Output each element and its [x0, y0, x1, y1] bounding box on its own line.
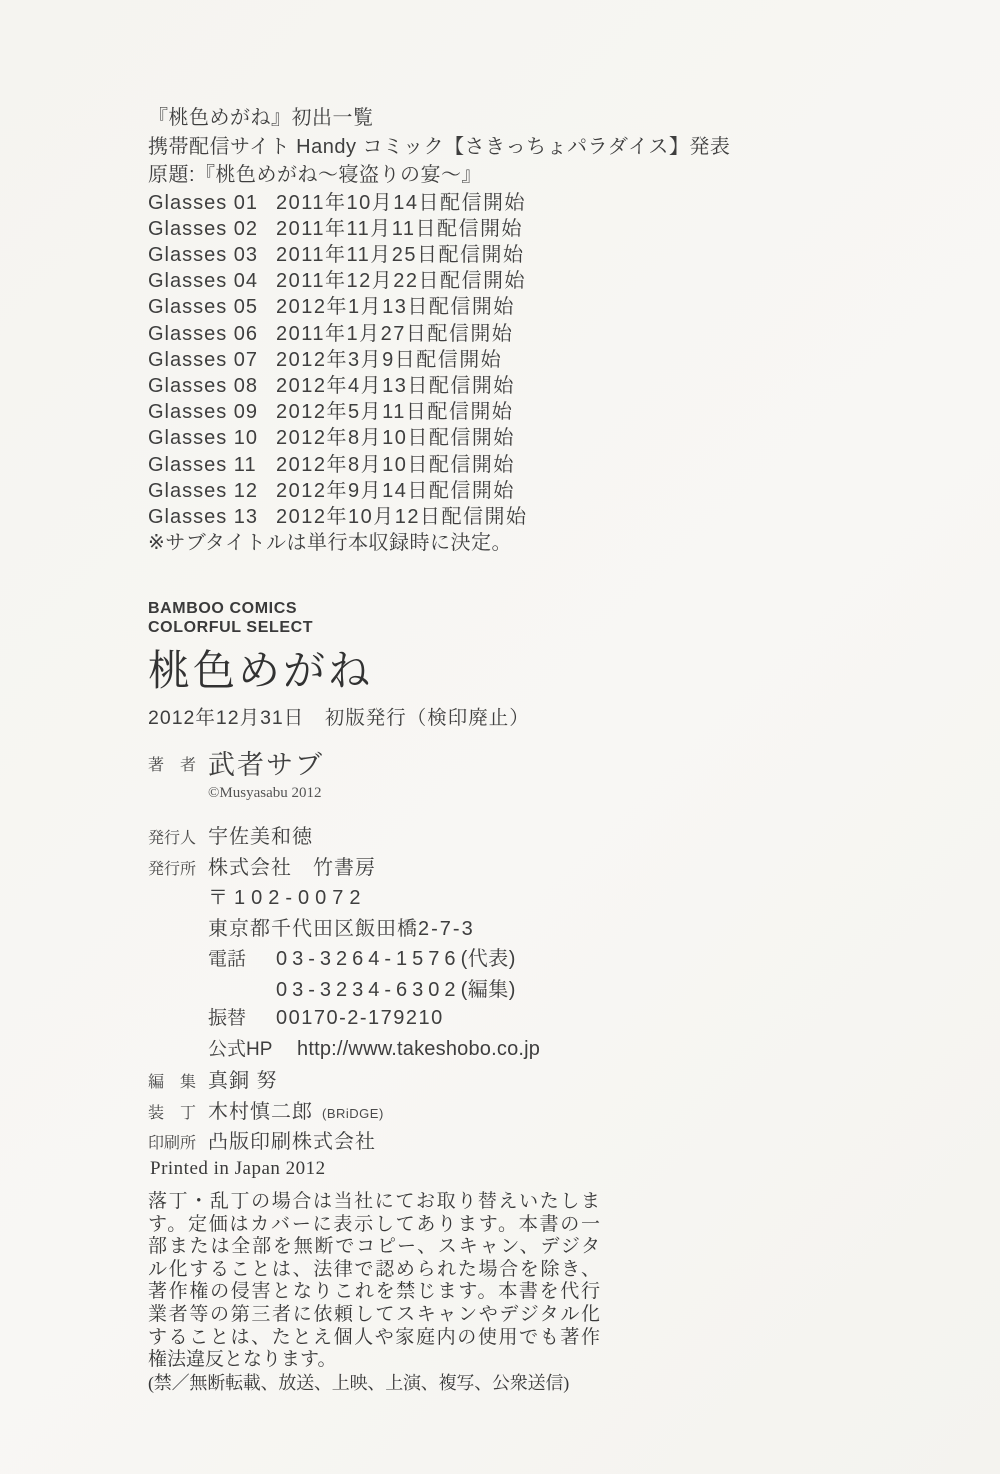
- publication-entry: Glasses 062011年1月27日配信開始: [148, 321, 730, 347]
- transfer-label: 振替: [208, 1003, 276, 1030]
- website-label: 公式HP: [208, 1034, 297, 1061]
- book-title-section: BAMBOO COMICS COLORFUL SELECT 桃色めがね 2012…: [148, 600, 530, 730]
- publication-entry: Glasses 102012年8月10日配信開始: [148, 425, 730, 451]
- address: 東京都千代田区飯田橋: [208, 912, 418, 941]
- first-publication-heading: 『桃色めがね』初出一覧: [148, 104, 730, 133]
- publisher-row: 発行所 株式会社 竹書房: [148, 851, 540, 882]
- printed-in-japan-line: Printed in Japan 2012: [150, 1158, 326, 1180]
- publication-entry: Glasses 112012年8月10日配信開始: [148, 452, 730, 478]
- publication-date: 2012年5月11日配信開始: [276, 399, 513, 425]
- publication-entry: Glasses 032011年11月25日配信開始: [148, 242, 730, 268]
- publication-entry: Glasses 052012年1月13日配信開始: [148, 294, 730, 320]
- imprint-line-2: COLORFUL SELECT: [148, 619, 530, 638]
- website-row: 公式HP http://www.takeshobo.co.jp: [208, 1034, 540, 1065]
- publication-chapter: Glasses 08: [148, 373, 276, 399]
- legal-text-line: 落丁・乱丁の場合は当社にてお取り替えいたしま: [148, 1191, 600, 1214]
- publication-chapter: Glasses 04: [148, 268, 276, 294]
- publisher-person-row: 発行人 宇佐美和徳: [148, 820, 540, 851]
- publication-chapter: Glasses 06: [148, 321, 276, 347]
- publication-date: 2012年10月12日配信開始: [276, 504, 527, 530]
- legal-text-line: ル化することは、法律で認められた場合を除き、: [148, 1259, 600, 1282]
- publication-entry: Glasses 122012年9月14日配信開始: [148, 478, 730, 504]
- designer-studio: (BRiDGE): [322, 1106, 384, 1121]
- publication-date: 2012年8月10日配信開始: [276, 452, 515, 478]
- first-publication-platform: 携帯配信サイト Handy コミック【さきっちょパラダイス】発表: [148, 133, 730, 162]
- phone-row-1: 電話 03-3264-1576(代表): [208, 942, 540, 973]
- publication-date: 2012年4月13日配信開始: [276, 373, 515, 399]
- publication-entry: Glasses 022011年11月11日配信開始: [148, 216, 730, 242]
- designer-name: 木村慎二郎: [208, 1095, 313, 1124]
- editor-label: 編 集: [148, 1069, 208, 1092]
- design-row: 装 丁 木村慎二郎 (BRiDGE): [148, 1095, 540, 1126]
- address-row: 東京都千代田区飯田橋2-7-3: [208, 912, 540, 943]
- phone-number-editorial: 03-3234-6302: [276, 979, 461, 1002]
- edition-line: 2012年12月31日 初版発行（検印廃止）: [148, 702, 530, 730]
- transfer-number: 00170-2-179210: [276, 1007, 444, 1030]
- publication-chapter: Glasses 05: [148, 294, 276, 320]
- subtitle-note: ※サブタイトルは単行本収録時に決定。: [148, 530, 730, 556]
- publication-date: 2011年10月14日配信開始: [276, 190, 526, 216]
- phone-suffix-editorial: (編集): [461, 973, 516, 1002]
- legal-text-line: 部または全部を無断でコピー、スキャン、デジタ: [148, 1236, 600, 1259]
- publication-date: 2012年1月13日配信開始: [276, 294, 515, 320]
- publication-entry: Glasses 012011年10月14日配信開始: [148, 190, 730, 216]
- phone-suffix-main: (代表): [461, 942, 516, 971]
- publication-entry: Glasses 092012年5月11日配信開始: [148, 399, 730, 425]
- phone-number-main: 03-3264-1576: [276, 948, 461, 971]
- legal-text-line: 業者等の第三者に依頼してスキャンやデジタル化: [148, 1304, 600, 1327]
- publication-date: 2011年11月25日配信開始: [276, 242, 525, 268]
- publication-entry-list: Glasses 012011年10月14日配信開始 Glasses 022011…: [148, 190, 730, 531]
- author-row: 著 者 武者サブ: [148, 744, 540, 780]
- editor-row: 編 集 真銅 努: [148, 1064, 540, 1095]
- publication-entry: Glasses 072012年3月9日配信開始: [148, 347, 730, 373]
- publisher-details: 発行人 宇佐美和徳 発行所 株式会社 竹書房 〒102-0072 東京都千代田区…: [148, 820, 540, 1156]
- publication-date: 2012年3月9日配信開始: [276, 347, 502, 373]
- publisher-name: 株式会社 竹書房: [208, 851, 376, 880]
- publication-entry: Glasses 132012年10月12日配信開始: [148, 504, 730, 530]
- publication-entry: Glasses 082012年4月13日配信開始: [148, 373, 730, 399]
- printer-name: 凸版印刷株式会社: [208, 1125, 376, 1154]
- publication-date: 2011年1月27日配信開始: [276, 321, 513, 347]
- printer-row: 印刷所 凸版印刷株式会社: [148, 1125, 540, 1156]
- address-number: 2-7-3: [418, 918, 475, 941]
- phone-label: 電話: [208, 944, 276, 971]
- first-publication-original-title: 原題:『桃色めがね〜寝盗りの宴〜』: [148, 161, 730, 190]
- publication-chapter: Glasses 10: [148, 425, 276, 451]
- legal-prohibition-line: (禁／無断転載、放送、上映、上演、複写、公衆送信): [148, 1372, 600, 1395]
- copyright-line: ©Musyasabu 2012: [208, 785, 540, 802]
- publication-date: 2012年9月14日配信開始: [276, 478, 515, 504]
- author-name: 武者サブ: [208, 750, 324, 780]
- publication-chapter: Glasses 03: [148, 242, 276, 268]
- publication-chapter: Glasses 12: [148, 478, 276, 504]
- colophon-section: 著 者 武者サブ ©Musyasabu 2012 発行人 宇佐美和徳 発行所 株…: [148, 744, 540, 1156]
- publication-chapter: Glasses 13: [148, 504, 276, 530]
- colophon-page: 『桃色めがね』初出一覧 携帯配信サイト Handy コミック【さきっちょパラダイ…: [0, 0, 1000, 1474]
- legal-text-line: 著作権の侵害となりこれを禁じます。本書を代行: [148, 1281, 600, 1304]
- legal-text-line: す。定価はカバーに表示してあります。本書の一: [148, 1214, 600, 1237]
- postal-code: 〒102-0072: [208, 881, 367, 910]
- editor-name: 真銅 努: [208, 1064, 278, 1093]
- legal-text-line: 権法違反となります。: [148, 1349, 600, 1372]
- legal-notice: 落丁・乱丁の場合は当社にてお取り替えいたしま す。定価はカバーに表示してあります…: [148, 1191, 600, 1394]
- publication-chapter: Glasses 01: [148, 190, 276, 216]
- publication-chapter: Glasses 07: [148, 347, 276, 373]
- publication-chapter: Glasses 02: [148, 216, 276, 242]
- imprint-line-1: BAMBOO COMICS: [148, 600, 530, 619]
- publication-date: 2011年11月11日配信開始: [276, 216, 523, 242]
- publication-date: 2012年8月10日配信開始: [276, 425, 515, 451]
- postal-transfer-row: 振替 00170-2-179210: [208, 1003, 540, 1034]
- publication-date: 2011年12月22日配信開始: [276, 268, 526, 294]
- book-title: 桃色めがね: [148, 646, 530, 696]
- publisher-person-name: 宇佐美和徳: [208, 820, 313, 849]
- publisher-person-label: 発行人: [148, 825, 208, 848]
- printer-label: 印刷所: [148, 1130, 208, 1153]
- phone-row-2: 03-3234-6302(編集): [208, 973, 540, 1004]
- publication-chapter: Glasses 11: [148, 452, 276, 478]
- publication-chapter: Glasses 09: [148, 399, 276, 425]
- postal-code-row: 〒102-0072: [208, 881, 540, 912]
- publication-entry: Glasses 042011年12月22日配信開始: [148, 268, 730, 294]
- author-label: 著 者: [148, 752, 208, 780]
- legal-text-line: することは、たとえ個人や家庭内の使用でも著作: [148, 1327, 600, 1350]
- design-label: 装 丁: [148, 1100, 208, 1123]
- publisher-label: 発行所: [148, 856, 208, 879]
- website-url: http://www.takeshobo.co.jp: [297, 1038, 540, 1061]
- first-publication-section: 『桃色めがね』初出一覧 携帯配信サイト Handy コミック【さきっちょパラダイ…: [148, 104, 730, 556]
